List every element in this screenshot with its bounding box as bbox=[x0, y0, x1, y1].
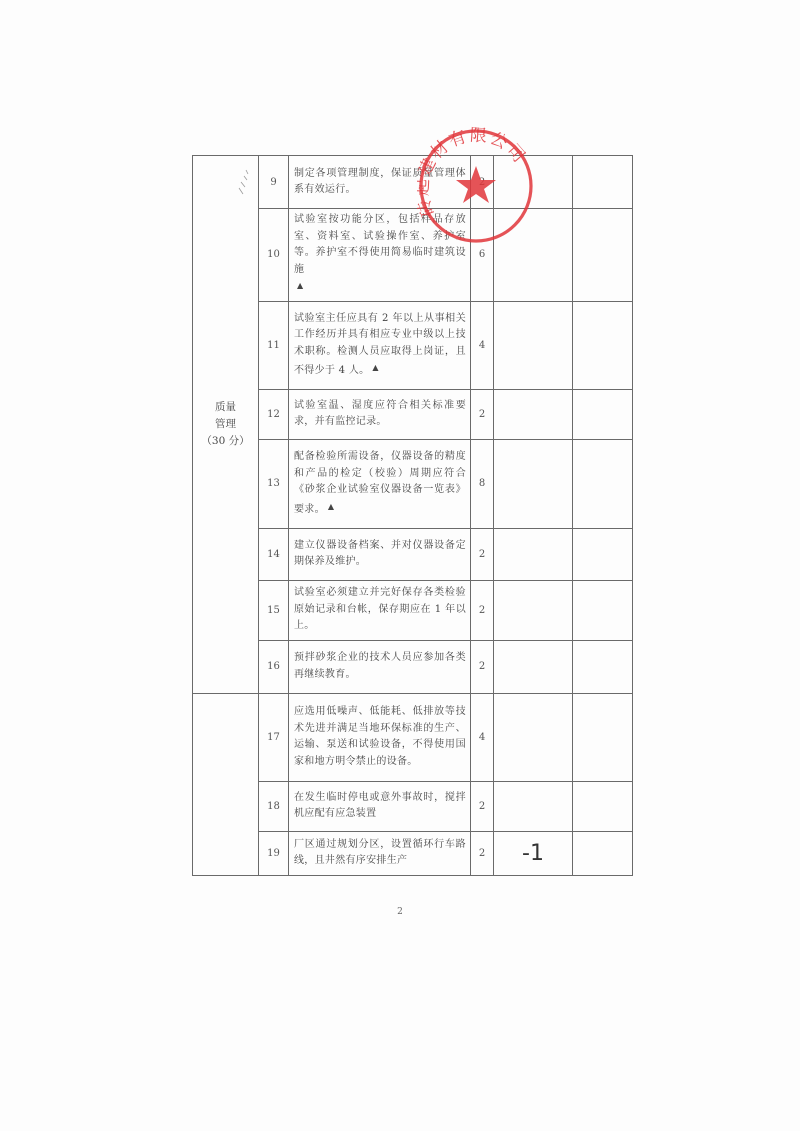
item-requirement: 试验室必须建立并完好保存各类检验原始记录和台帐，保存期应在 1 年以上。 bbox=[289, 580, 471, 640]
item-score: 4 bbox=[471, 301, 494, 389]
item-number: 14 bbox=[259, 528, 289, 580]
item-requirement: 试验室温、湿度应符合相关标准要求，并有监控记录。 bbox=[289, 389, 471, 439]
requirement-text: 应选用低噪声、低能耗、低排放等技术先进并满足当地环保标准的生产、运输、泵送和试验… bbox=[294, 706, 466, 767]
item-number: 10 bbox=[259, 209, 289, 302]
table-row: 质量管理（30 分）9制定各项管理制度，保证质量管理体系有效运行。2 bbox=[193, 156, 633, 209]
item-requirement: 制定各项管理制度，保证质量管理体系有效运行。 bbox=[289, 156, 471, 209]
remark-cell bbox=[573, 781, 633, 831]
item-requirement: 在发生临时停电或意外事故时，搅拌机应配有应急装置 bbox=[289, 781, 471, 831]
item-score: 2 bbox=[471, 389, 494, 439]
table-row: 17应选用低噪声、低能耗、低排放等技术先进并满足当地环保标准的生产、运输、泵送和… bbox=[193, 693, 633, 781]
key-item-triangle-icon: ▲ bbox=[372, 363, 378, 372]
item-score: 2 bbox=[471, 580, 494, 640]
item-number: 9 bbox=[259, 156, 289, 209]
item-number: 13 bbox=[259, 439, 289, 528]
document-page: 质量管理（30 分）9制定各项管理制度，保证质量管理体系有效运行。210试验室按… bbox=[0, 0, 800, 1131]
table-row: 11试验室主任应具有 2 年以上从事相关工作经历并具有相应专业中级以上技术职称。… bbox=[193, 301, 633, 389]
remark-cell bbox=[573, 439, 633, 528]
item-score: 2 bbox=[471, 831, 494, 875]
item-requirement: 试验室按功能分区，包括样品存放室、资料室、试验操作室、养护室等。养护室不得使用简… bbox=[289, 209, 471, 302]
deduction-cell bbox=[494, 439, 573, 528]
item-number: 15 bbox=[259, 580, 289, 640]
item-score: 2 bbox=[471, 781, 494, 831]
deduction-cell bbox=[494, 781, 573, 831]
table-row: 15试验室必须建立并完好保存各类检验原始记录和台帐，保存期应在 1 年以上。2 bbox=[193, 580, 633, 640]
deduction-cell bbox=[494, 528, 573, 580]
page-number: 2 bbox=[397, 907, 403, 917]
category-cell: 质量管理（30 分） bbox=[193, 156, 259, 694]
deduction-cell bbox=[494, 580, 573, 640]
remark-cell bbox=[573, 209, 633, 302]
remark-cell bbox=[573, 693, 633, 781]
item-score: 4 bbox=[471, 693, 494, 781]
remark-cell bbox=[573, 528, 633, 580]
remark-cell bbox=[573, 389, 633, 439]
table-row: 16预拌砂浆企业的技术人员应参加各类再继续教育。2 bbox=[193, 640, 633, 693]
key-item-triangle-icon: ▲ bbox=[297, 281, 303, 290]
deduction-cell bbox=[494, 156, 573, 209]
item-score: 6 bbox=[471, 209, 494, 302]
requirement-text: 配备检验所需设备，仪器设备的精度和产品的检定（校验）周期应符合《砂浆企业试验室仪… bbox=[294, 451, 466, 515]
item-requirement: 预拌砂浆企业的技术人员应参加各类再继续教育。 bbox=[289, 640, 471, 693]
deduction-cell bbox=[494, 693, 573, 781]
item-number: 11 bbox=[259, 301, 289, 389]
category-cell bbox=[193, 693, 259, 875]
requirement-text: 试验室主任应具有 2 年以上从事相关工作经历并具有相应专业中级以上技术职称。检测… bbox=[294, 313, 466, 377]
table-row: 10试验室按功能分区，包括样品存放室、资料室、试验操作室、养护室等。养护室不得使… bbox=[193, 209, 633, 302]
deduction-cell: -1 bbox=[494, 831, 573, 875]
item-score: 2 bbox=[471, 528, 494, 580]
requirement-text: 试验室按功能分区，包括样品存放室、资料室、试验操作室、养护室等。养护室不得使用简… bbox=[294, 214, 466, 275]
requirement-text: 制定各项管理制度，保证质量管理体系有效运行。 bbox=[294, 168, 466, 196]
item-requirement: 试验室主任应具有 2 年以上从事相关工作经历并具有相应专业中级以上技术职称。检测… bbox=[289, 301, 471, 389]
requirement-text: 试验室温、湿度应符合相关标准要求，并有监控记录。 bbox=[294, 400, 466, 428]
table-row: 12试验室温、湿度应符合相关标准要求，并有监控记录。2 bbox=[193, 389, 633, 439]
requirement-text: 试验室必须建立并完好保存各类检验原始记录和台帐，保存期应在 1 年以上。 bbox=[294, 587, 466, 631]
evaluation-table: 质量管理（30 分）9制定各项管理制度，保证质量管理体系有效运行。210试验室按… bbox=[192, 155, 633, 876]
deduction-cell bbox=[494, 209, 573, 302]
table-row: 18在发生临时停电或意外事故时，搅拌机应配有应急装置2 bbox=[193, 781, 633, 831]
remark-cell bbox=[573, 301, 633, 389]
table-row: 14建立仪器设备档案、并对仪器设备定期保养及维护。2 bbox=[193, 528, 633, 580]
item-number: 12 bbox=[259, 389, 289, 439]
item-score: 2 bbox=[471, 156, 494, 209]
requirement-text: 厂区通过规划分区，设置循环行车路线，且井然有序安排生产 bbox=[294, 839, 466, 867]
item-number: 17 bbox=[259, 693, 289, 781]
item-requirement: 配备检验所需设备，仪器设备的精度和产品的检定（校验）周期应符合《砂浆企业试验室仪… bbox=[289, 439, 471, 528]
category-label: 质量 bbox=[193, 399, 258, 416]
requirement-text: 预拌砂浆企业的技术人员应参加各类再继续教育。 bbox=[294, 652, 466, 680]
deduction-cell bbox=[494, 301, 573, 389]
item-score: 2 bbox=[471, 640, 494, 693]
requirement-text: 建立仪器设备档案、并对仪器设备定期保养及维护。 bbox=[294, 540, 466, 568]
table-row: 13配备检验所需设备，仪器设备的精度和产品的检定（校验）周期应符合《砂浆企业试验… bbox=[193, 439, 633, 528]
remark-cell bbox=[573, 640, 633, 693]
remark-cell bbox=[573, 156, 633, 209]
item-number: 18 bbox=[259, 781, 289, 831]
category-label: 管理 bbox=[193, 416, 258, 433]
item-number: 19 bbox=[259, 831, 289, 875]
table-row: 19厂区通过规划分区，设置循环行车路线，且井然有序安排生产2-1 bbox=[193, 831, 633, 875]
remark-cell bbox=[573, 831, 633, 875]
remark-cell bbox=[573, 580, 633, 640]
item-requirement: 建立仪器设备档案、并对仪器设备定期保养及维护。 bbox=[289, 528, 471, 580]
category-label: （30 分） bbox=[193, 433, 258, 450]
item-requirement: 应选用低噪声、低能耗、低排放等技术先进并满足当地环保标准的生产、运输、泵送和试验… bbox=[289, 693, 471, 781]
item-number: 16 bbox=[259, 640, 289, 693]
key-item-triangle-icon: ▲ bbox=[328, 502, 334, 511]
item-requirement: 厂区通过规划分区，设置循环行车路线，且井然有序安排生产 bbox=[289, 831, 471, 875]
deduction-cell bbox=[494, 640, 573, 693]
deduction-cell bbox=[494, 389, 573, 439]
requirement-text: 在发生临时停电或意外事故时，搅拌机应配有应急装置 bbox=[294, 792, 466, 820]
item-score: 8 bbox=[471, 439, 494, 528]
